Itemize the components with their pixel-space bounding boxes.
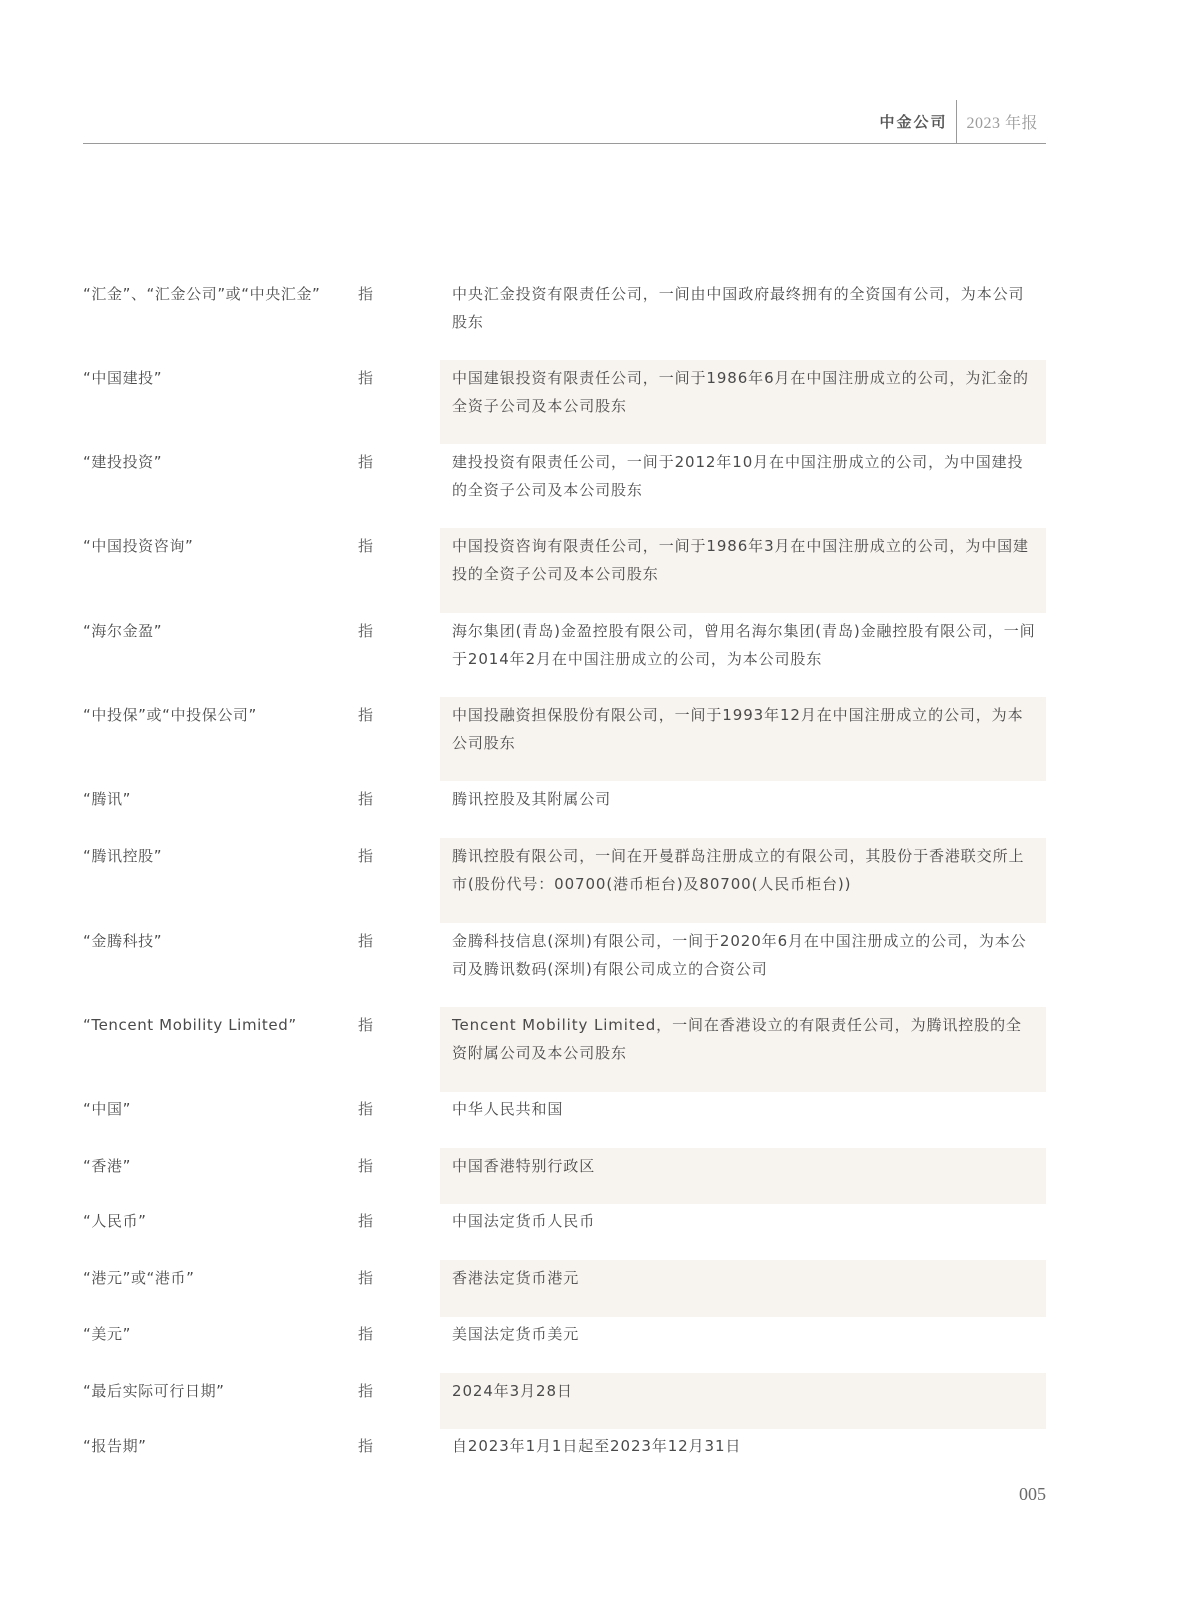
definition-means: 指 — [358, 701, 373, 729]
definition-row: “汇金”、“汇金公司”或“中央汇金” 指 中央汇金投资有限责任公司，一间由中国政… — [83, 280, 1046, 360]
definition-row: “海尔金盈” 指 海尔集团(青岛)金盈控股有限公司，曾用名海尔集团(青岛)金融控… — [83, 617, 1046, 697]
definition-term: “建投投资” — [83, 448, 162, 476]
definition-row: “港元”或“港币” 指 香港法定货币港元 — [83, 1260, 1046, 1317]
definition-means: 指 — [358, 280, 373, 308]
definition-row: “腾讯” 指 腾讯控股及其附属公司 — [83, 785, 1046, 838]
definition-text: 腾讯控股及其附属公司 — [452, 785, 1037, 813]
definition-text: 建投投资有限责任公司，一间于2012年10月在中国注册成立的公司，为中国建投的全… — [452, 448, 1037, 504]
definition-text: 中国香港特别行政区 — [452, 1152, 1037, 1180]
definition-text: 中华人民共和国 — [452, 1095, 1037, 1123]
definition-row: “香港” 指 中国香港特别行政区 — [83, 1148, 1046, 1204]
definition-term: “中国建投” — [83, 364, 162, 392]
definition-text: 香港法定货币港元 — [452, 1264, 1037, 1292]
definition-text: 金腾科技信息(深圳)有限公司，一间于2020年6月在中国注册成立的公司，为本公司… — [452, 927, 1037, 983]
definition-row: “腾讯控股” 指 腾讯控股有限公司，一间在开曼群岛注册成立的有限公司，其股份于香… — [83, 838, 1046, 923]
definition-row: “建投投资” 指 建投投资有限责任公司，一间于2012年10月在中国注册成立的公… — [83, 448, 1046, 528]
page-number: 005 — [1019, 1484, 1046, 1505]
definition-text: 腾讯控股有限公司，一间在开曼群岛注册成立的有限公司，其股份于香港联交所上市(股份… — [452, 842, 1037, 898]
definition-term: “中投保”或“中投保公司” — [83, 701, 257, 729]
definition-means: 指 — [358, 1095, 373, 1123]
definition-text: 海尔集团(青岛)金盈控股有限公司，曾用名海尔集团(青岛)金融控股有限公司，一间于… — [452, 617, 1037, 673]
report-title: 2023 年报 — [957, 110, 1038, 133]
definition-text: 中国投融资担保股份有限公司，一间于1993年12月在中国注册成立的公司，为本公司… — [452, 701, 1037, 757]
definition-row: “最后实际可行日期” 指 2024年3月28日 — [83, 1373, 1046, 1429]
definition-term: “汇金”、“汇金公司”或“中央汇金” — [83, 280, 320, 308]
definition-term: “港元”或“港币” — [83, 1264, 195, 1292]
definition-term: “香港” — [83, 1152, 131, 1180]
definition-row: “金腾科技” 指 金腾科技信息(深圳)有限公司，一间于2020年6月在中国注册成… — [83, 927, 1046, 1007]
header-title-group: 中金公司 2023 年报 — [879, 100, 1038, 143]
definition-means: 指 — [358, 1011, 373, 1039]
definition-term: “人民币” — [83, 1207, 147, 1235]
definition-row: “美元” 指 美国法定货币美元 — [83, 1320, 1046, 1373]
definition-means: 指 — [358, 1207, 373, 1235]
definition-term: “腾讯” — [83, 785, 131, 813]
definition-row: “中投保”或“中投保公司” 指 中国投融资担保股份有限公司，一间于1993年12… — [83, 697, 1046, 781]
definition-means: 指 — [358, 617, 373, 645]
definition-row: “中国建投” 指 中国建银投资有限责任公司，一间于1986年6月在中国注册成立的… — [83, 360, 1046, 444]
definition-row: “中国” 指 中华人民共和国 — [83, 1095, 1046, 1148]
definition-row: “人民币” 指 中国法定货币人民币 — [83, 1207, 1046, 1260]
definition-text: 2024年3月28日 — [452, 1377, 1037, 1405]
definition-text: 中国建银投资有限责任公司，一间于1986年6月在中国注册成立的公司，为汇金的全资… — [452, 364, 1037, 420]
definition-text: 美国法定货币美元 — [452, 1320, 1037, 1348]
definition-means: 指 — [358, 1377, 373, 1405]
company-name: 中金公司 — [879, 111, 956, 132]
definition-means: 指 — [358, 842, 373, 870]
definition-term: “海尔金盈” — [83, 617, 162, 645]
definition-row: “报告期” 指 自2023年1月1日起至2023年12月31日 — [83, 1432, 1046, 1472]
definition-means: 指 — [358, 364, 373, 392]
definition-term: “腾讯控股” — [83, 842, 162, 870]
definition-term: “美元” — [83, 1320, 131, 1348]
definition-term: “金腾科技” — [83, 927, 162, 955]
definition-means: 指 — [358, 1152, 373, 1180]
definition-means: 指 — [358, 532, 373, 560]
definition-means: 指 — [358, 1432, 373, 1460]
definition-means: 指 — [358, 927, 373, 955]
definition-text: 中国投资咨询有限责任公司，一间于1986年3月在中国注册成立的公司，为中国建投的… — [452, 532, 1037, 588]
definition-term: “报告期” — [83, 1432, 147, 1460]
definition-means: 指 — [358, 1320, 373, 1348]
definition-text: 中国法定货币人民币 — [452, 1207, 1037, 1235]
definition-text: Tencent Mobility Limited，一间在香港设立的有限责任公司，… — [452, 1011, 1037, 1067]
definition-row: “中国投资咨询” 指 中国投资咨询有限责任公司，一间于1986年3月在中国注册成… — [83, 528, 1046, 613]
definition-means: 指 — [358, 1264, 373, 1292]
definition-term: “Tencent Mobility Limited” — [83, 1011, 297, 1039]
page-header: 中金公司 2023 年报 — [83, 96, 1046, 144]
definition-means: 指 — [358, 785, 373, 813]
definition-row: “Tencent Mobility Limited” 指 Tencent Mob… — [83, 1007, 1046, 1092]
definition-term: “中国投资咨询” — [83, 532, 193, 560]
definition-means: 指 — [358, 448, 373, 476]
definition-text: 自2023年1月1日起至2023年12月31日 — [452, 1432, 1037, 1460]
definition-term: “最后实际可行日期” — [83, 1377, 225, 1405]
definition-text: 中央汇金投资有限责任公司，一间由中国政府最终拥有的全资国有公司，为本公司股东 — [452, 280, 1037, 336]
definition-term: “中国” — [83, 1095, 131, 1123]
